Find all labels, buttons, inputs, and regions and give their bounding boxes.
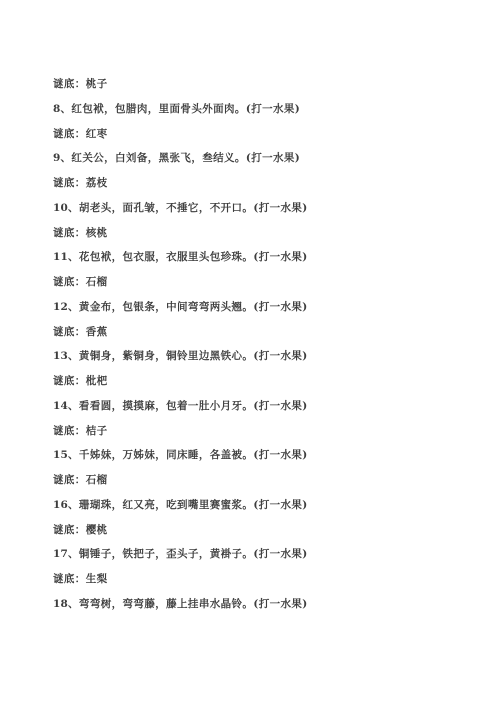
answer-prefix: 谜底： xyxy=(53,227,86,239)
riddle-category-tag: (打一水果) xyxy=(253,202,307,214)
riddle-number: 14 xyxy=(53,400,68,412)
answer-text: 生梨 xyxy=(86,573,108,585)
answer-prefix: 谜底： xyxy=(53,128,86,140)
riddle-separator: 、 xyxy=(68,202,79,214)
answer-prefix: 谜底： xyxy=(53,524,86,536)
answer-line-previous: 谜底：桃子 xyxy=(53,72,480,97)
document-page: 谜底：桃子 8、红包袱，包腊肉，里面骨头外面肉。(打一水果)谜底：红枣9、红关公… xyxy=(0,0,500,706)
answer-text: 石榴 xyxy=(86,474,108,486)
riddle-clue: 胡老头，面孔皱，不捶它，不开口。 xyxy=(79,202,253,214)
answer-text: 石榴 xyxy=(86,276,108,288)
answer-text: 核桃 xyxy=(86,227,108,239)
answer-line: 谜底：枇杷 xyxy=(53,369,480,394)
answer-prefix: 谜底： xyxy=(53,375,86,387)
riddle-separator: 、 xyxy=(68,301,79,313)
riddle-category-tag: (打一水果) xyxy=(253,350,307,362)
riddle-line: 17、铜锤子，铁把子，歪头子，黄褂子。(打一水果) xyxy=(53,542,480,567)
riddle-category-tag: (打一水果) xyxy=(253,499,307,511)
riddle-clue: 看看圆，摸摸麻，包着一肚小月牙。 xyxy=(79,400,253,412)
riddle-line: 10、胡老头，面孔皱，不捶它，不开口。(打一水果) xyxy=(53,196,480,221)
answer-line: 谜底：核桃 xyxy=(53,221,480,246)
riddle-number: 12 xyxy=(53,301,68,313)
riddle-number: 18 xyxy=(53,598,68,610)
riddle-list: 8、红包袱，包腊肉，里面骨头外面肉。(打一水果)谜底：红枣9、红关公，白刘备，黑… xyxy=(53,97,480,617)
riddle-line: 14、看看圆，摸摸麻，包着一肚小月牙。(打一水果) xyxy=(53,394,480,419)
answer-text: 桃子 xyxy=(86,78,108,90)
riddle-separator: 、 xyxy=(68,350,79,362)
riddle-number: 16 xyxy=(53,499,68,511)
answer-text: 香蕉 xyxy=(86,326,108,338)
riddle-clue: 弯弯树，弯弯藤，藤上挂串水晶铃。 xyxy=(79,598,253,610)
riddle-number: 13 xyxy=(53,350,68,362)
riddle-clue: 千姊妹，万姊妹，同床睡，各盖被。 xyxy=(79,449,253,461)
riddle-number: 11 xyxy=(53,251,68,263)
riddle-line: 16、珊瑚珠，红又亮，吃到嘴里赛蜜浆。(打一水果) xyxy=(53,493,480,518)
answer-prefix: 谜底： xyxy=(53,177,86,189)
riddle-category-tag: (打一水果) xyxy=(253,400,307,412)
answer-prefix: 谜底： xyxy=(53,326,86,338)
riddle-line: 18、弯弯树，弯弯藤，藤上挂串水晶铃。(打一水果) xyxy=(53,592,480,617)
riddle-number: 9 xyxy=(53,152,61,164)
answer-prefix: 谜底： xyxy=(53,276,86,288)
answer-line: 谜底：石榴 xyxy=(53,270,480,295)
riddle-number: 8 xyxy=(53,103,61,115)
answer-prefix: 谜底： xyxy=(53,78,86,90)
riddle-clue: 红包袱，包腊肉，里面骨头外面肉。 xyxy=(71,103,245,115)
answer-text: 樱桃 xyxy=(86,524,108,536)
answer-prefix: 谜底： xyxy=(53,474,86,486)
answer-line: 谜底：樱桃 xyxy=(53,518,480,543)
riddle-clue: 铜锤子，铁把子，歪头子，黄褂子。 xyxy=(79,548,253,560)
riddle-clue: 黄金布，包银条，中间弯弯两头翘。 xyxy=(79,301,253,313)
riddle-line: 8、红包袱，包腊肉，里面骨头外面肉。(打一水果) xyxy=(53,97,480,122)
riddle-line: 9、红关公，白刘备，黑张飞，叁结义。(打一水果) xyxy=(53,146,480,171)
answer-text: 红枣 xyxy=(86,128,108,140)
riddle-separator: 、 xyxy=(68,251,79,263)
riddle-separator: 、 xyxy=(61,103,72,115)
riddle-separator: 、 xyxy=(68,449,79,461)
riddle-separator: 、 xyxy=(61,152,72,164)
riddle-category-tag: (打一水果) xyxy=(246,152,300,164)
riddle-category-tag: (打一水果) xyxy=(253,301,307,313)
answer-prefix: 谜底： xyxy=(53,425,86,437)
riddle-category-tag: (打一水果) xyxy=(253,251,307,263)
riddle-category-tag: (打一水果) xyxy=(246,103,300,115)
answer-line: 谜底：红枣 xyxy=(53,122,480,147)
riddle-separator: 、 xyxy=(68,598,79,610)
answer-line: 谜底：桔子 xyxy=(53,419,480,444)
answer-line: 谜底：荔枝 xyxy=(53,171,480,196)
riddle-clue: 珊瑚珠，红又亮，吃到嘴里赛蜜浆。 xyxy=(79,499,253,511)
riddle-separator: 、 xyxy=(68,400,79,412)
answer-text: 桔子 xyxy=(86,425,108,437)
riddle-separator: 、 xyxy=(68,499,79,511)
riddle-number: 15 xyxy=(53,449,68,461)
answer-text: 荔枝 xyxy=(86,177,108,189)
answer-line: 谜底：香蕉 xyxy=(53,320,480,345)
riddle-category-tag: (打一水果) xyxy=(253,548,307,560)
answer-line: 谜底：生梨 xyxy=(53,567,480,592)
riddle-line: 11、花包袱，包衣服，衣服里头包珍珠。(打一水果) xyxy=(53,245,480,270)
answer-prefix: 谜底： xyxy=(53,573,86,585)
riddle-clue: 花包袱，包衣服，衣服里头包珍珠。 xyxy=(79,251,253,263)
riddle-number: 17 xyxy=(53,548,68,560)
riddle-line: 13、黄铜身，紫铜身，铜铃里边黑铁心。(打一水果) xyxy=(53,344,480,369)
riddle-clue: 黄铜身，紫铜身，铜铃里边黑铁心。 xyxy=(79,350,253,362)
riddle-category-tag: (打一水果) xyxy=(253,598,307,610)
riddle-line: 12、黄金布，包银条，中间弯弯两头翘。(打一水果) xyxy=(53,295,480,320)
riddle-separator: 、 xyxy=(68,548,79,560)
answer-text: 枇杷 xyxy=(86,375,108,387)
riddle-number: 10 xyxy=(53,202,68,214)
riddle-line: 15、千姊妹，万姊妹，同床睡，各盖被。(打一水果) xyxy=(53,443,480,468)
riddle-category-tag: (打一水果) xyxy=(253,449,307,461)
answer-line: 谜底：石榴 xyxy=(53,468,480,493)
riddle-clue: 红关公，白刘备，黑张飞，叁结义。 xyxy=(71,152,245,164)
